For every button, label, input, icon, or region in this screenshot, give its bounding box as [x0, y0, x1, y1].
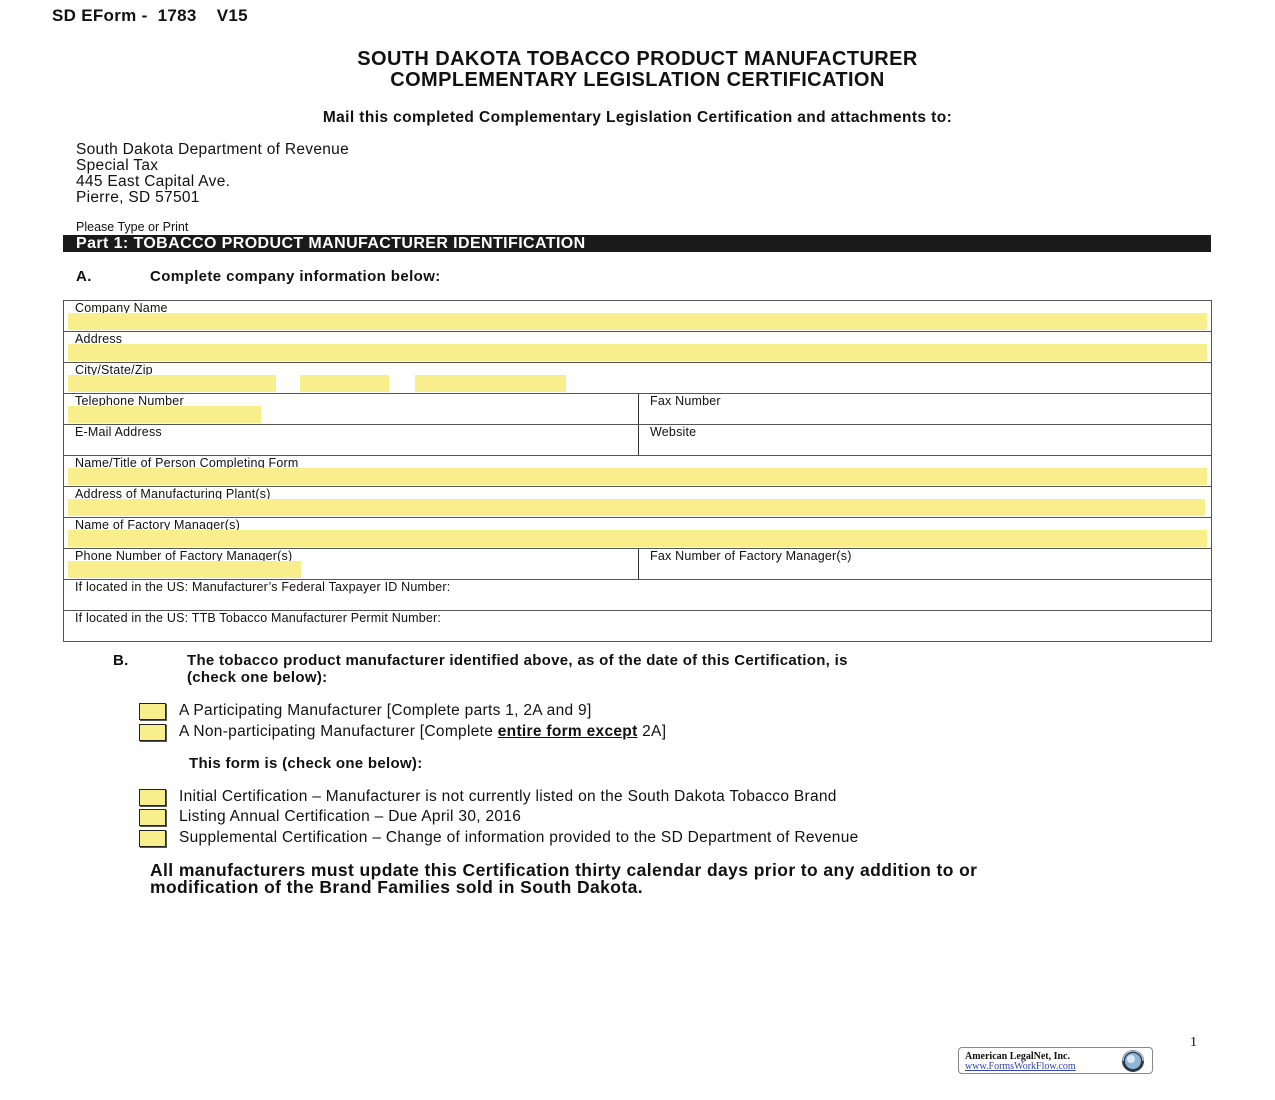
annual-certification-checkbox[interactable] — [139, 809, 166, 826]
section-b-letter: B. — [113, 653, 129, 670]
row-telephone-fax: Telephone Number Fax Number — [64, 394, 1211, 425]
supplemental-certification-checkbox[interactable] — [139, 830, 166, 847]
row-city-state-zip: City/State/Zip — [64, 363, 1211, 394]
row-email-website: E-Mail Address Website — [64, 425, 1211, 456]
part1-header: Part 1: TOBACCO PRODUCT MANUFACTURER IDE… — [63, 235, 1211, 252]
non-participating-label-emphasis: entire form except — [498, 723, 638, 740]
address-field[interactable] — [68, 344, 1207, 361]
form-id: SD EForm - 1783 V15 — [52, 6, 248, 26]
section-b-text-line2: (check one below): — [187, 670, 1137, 687]
section-a-heading: A.Complete company information below: — [76, 268, 441, 285]
update-notice-line2: modification of the Brand Families sold … — [150, 879, 977, 896]
option-non-participating: A Non-participating Manufacturer [Comple… — [139, 722, 666, 742]
please-type-note: Please Type or Print — [76, 220, 188, 234]
participating-checkbox[interactable] — [139, 703, 166, 720]
page-number: 1 — [1190, 1035, 1197, 1051]
section-a-letter: A. — [76, 268, 150, 285]
website-field[interactable] — [639, 437, 1211, 454]
row-company-name: Company Name — [64, 301, 1211, 332]
globe-logo-icon — [1115, 1049, 1149, 1073]
address-line: 445 East Capital Ave. — [76, 174, 349, 190]
taxpayer-id-field[interactable] — [64, 592, 1211, 609]
non-participating-label-post: 2A] — [638, 723, 667, 740]
ttb-permit-field[interactable] — [64, 623, 1211, 640]
row-factory-manager: Name of Factory Manager(s) — [64, 518, 1211, 549]
mailing-address: South Dakota Department of Revenue Speci… — [76, 142, 349, 206]
non-participating-checkbox[interactable] — [139, 724, 166, 741]
american-legalnet-badge[interactable]: American LegalNet, Inc. www.FormsWorkFlo… — [958, 1047, 1153, 1074]
state-field[interactable] — [300, 375, 389, 392]
zip-field[interactable] — [415, 375, 566, 392]
supplemental-certification-label: Supplemental Certification – Change of i… — [179, 829, 859, 847]
company-info-table: Company Name Address City/State/Zip Tele… — [63, 300, 1212, 642]
section-a-text: Complete company information below: — [150, 268, 441, 285]
non-participating-label: A Non-participating Manufacturer [Comple… — [179, 723, 666, 741]
row-taxpayer-id: If located in the US: Manufacturer’s Fed… — [64, 580, 1211, 611]
fax-field[interactable] — [639, 406, 1211, 423]
row-name-title: Name/Title of Person Completing Form — [64, 456, 1211, 487]
address-line: Special Tax — [76, 158, 349, 174]
row-address: Address — [64, 332, 1211, 363]
city-field[interactable] — [68, 375, 276, 392]
initial-certification-checkbox[interactable] — [139, 789, 166, 806]
address-line: Pierre, SD 57501 — [76, 190, 349, 206]
option-initial-certification: Initial Certification – Manufacturer is … — [139, 787, 837, 807]
address-line: South Dakota Department of Revenue — [76, 142, 349, 158]
factory-manager-field[interactable] — [68, 530, 1207, 547]
manager-fax-field[interactable] — [639, 561, 1211, 578]
non-participating-label-pre: A Non-participating Manufacturer [Comple… — [179, 723, 498, 740]
telephone-field[interactable] — [68, 406, 261, 423]
email-field[interactable] — [64, 437, 638, 454]
form-title-line1: SOUTH DAKOTA TOBACCO PRODUCT MANUFACTURE… — [0, 49, 1275, 70]
mail-instruction: Mail this completed Complementary Legisl… — [0, 109, 1275, 127]
option-annual-certification: Listing Annual Certification – Due April… — [139, 807, 521, 827]
section-b-text-line1: The tobacco product manufacturer identif… — [187, 653, 1137, 670]
company-name-field[interactable] — [68, 313, 1207, 330]
row-manager-phone-fax: Phone Number of Factory Manager(s) Fax N… — [64, 549, 1211, 580]
form-title-line2: COMPLEMENTARY LEGISLATION CERTIFICATION — [0, 70, 1275, 91]
row-plant-address: Address of Manufacturing Plant(s) — [64, 487, 1211, 518]
annual-certification-label: Listing Annual Certification – Due April… — [179, 808, 521, 826]
update-notice: All manufacturers must update this Certi… — [150, 862, 977, 896]
plant-address-field[interactable] — [68, 499, 1205, 516]
option-supplemental-certification: Supplemental Certification – Change of i… — [139, 828, 859, 848]
name-title-field[interactable] — [68, 468, 1207, 485]
manager-phone-field[interactable] — [68, 561, 301, 578]
option-participating: A Participating Manufacturer [Complete p… — [139, 701, 592, 721]
form-type-heading: This form is (check one below): — [189, 755, 423, 772]
badge-url-link[interactable]: www.FormsWorkFlow.com — [965, 1061, 1076, 1072]
row-ttb-permit: If located in the US: TTB Tobacco Manufa… — [64, 611, 1211, 641]
participating-label: A Participating Manufacturer [Complete p… — [179, 702, 592, 720]
initial-certification-label: Initial Certification – Manufacturer is … — [179, 788, 837, 806]
